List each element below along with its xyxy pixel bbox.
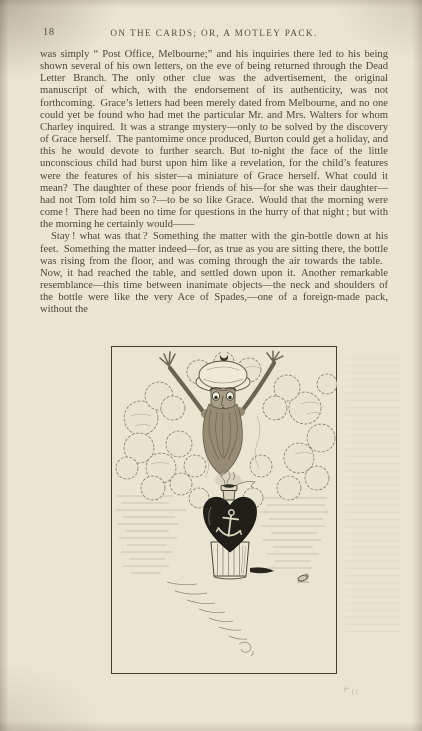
crescent-icon [220,351,228,361]
smoke-swirl-trail [167,582,253,656]
pencil-mark [325,681,377,707]
page-header: 18 ON THE CARDS; OR, A MOTLEY PACK. [40,27,388,40]
cork [297,573,309,582]
bottle-shadow [250,567,274,573]
genie-bottle-engraving [111,346,337,674]
page-bleedthrough [345,358,401,638]
engraving-illustration [111,346,337,674]
genie-beard [203,404,242,476]
genie-turban [196,351,250,392]
paragraph: Stay ! what was that ? Something the mat… [40,231,388,316]
running-title: ON THE CARDS; OR, A MOTLEY PACK. [40,28,388,38]
body-text: was simply “ Post Office, Melbourne;” an… [40,49,388,316]
paragraph: was simply “ Post Office, Melbourne;” an… [40,49,388,231]
bottle-neck [221,484,237,500]
book-page: 18 ON THE CARDS; OR, A MOTLEY PACK. was … [0,0,422,731]
